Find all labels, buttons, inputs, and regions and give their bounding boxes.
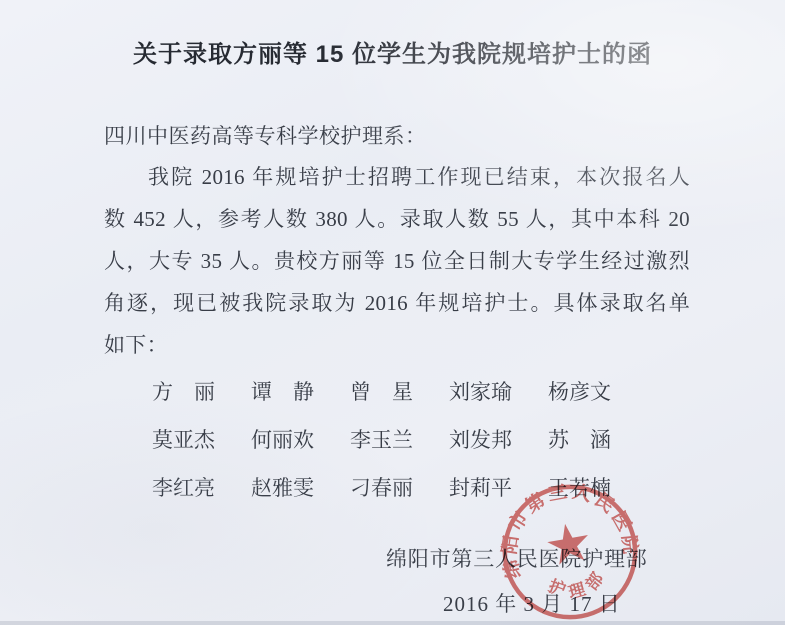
seal-ring-text: 绵阳市第三人民医院 xyxy=(496,478,643,582)
admitted-name: 曾 星 xyxy=(350,368,449,416)
admitted-name: 刁春丽 xyxy=(350,464,449,512)
names-row: 莫亚杰 何丽欢 李玉兰 刘发邦 苏 涵 xyxy=(152,416,647,464)
scanned-letter: 关于录取方丽等 15 位学生为我院规培护士的函 四川中医药高等专科学校护理系： … xyxy=(0,0,785,625)
body-line: 数 452 人，参考人数 380 人。录取人数 55 人，其中本科 20 xyxy=(104,198,690,240)
document-title: 关于录取方丽等 15 位学生为我院规培护士的函 xyxy=(0,34,785,69)
admitted-name: 谭 静 xyxy=(251,368,350,416)
admitted-name: 莫亚杰 xyxy=(152,416,251,464)
seal-star-icon xyxy=(545,520,592,566)
names-row: 方 丽 谭 静 曾 星 刘家瑜 杨彦文 xyxy=(152,368,647,416)
red-official-seal: 绵阳市第三人民医院 护理部 xyxy=(496,478,644,625)
admitted-name: 赵雅雯 xyxy=(251,464,350,512)
body-line: 如下： xyxy=(104,324,690,366)
admitted-name: 方 丽 xyxy=(152,368,251,416)
svg-text:护理部: 护理部 xyxy=(542,561,615,607)
admitted-name: 刘发邦 xyxy=(449,416,548,464)
admitted-name: 李玉兰 xyxy=(350,416,449,464)
admitted-name: 杨彦文 xyxy=(548,368,647,416)
admitted-name: 李红亮 xyxy=(152,464,251,512)
body-line: 人，大专 35 人。贵校方丽等 15 位全日制大专学生经过激烈 xyxy=(104,240,690,282)
body-line: 角逐，现已被我院录取为 2016 年规培护士。具体录取名单 xyxy=(104,282,690,324)
admitted-name: 苏 涵 xyxy=(548,416,647,464)
body-line: 我院 2016 年规培护士招聘工作现已结束，本次报名人 xyxy=(104,156,690,198)
recipient-line: 四川中医药高等专科学校护理系： xyxy=(104,120,427,150)
admitted-name: 刘家瑜 xyxy=(449,368,548,416)
body-paragraph: 我院 2016 年规培护士招聘工作现已结束，本次报名人 数 452 人，参考人数… xyxy=(104,156,690,366)
admitted-name: 何丽欢 xyxy=(251,416,350,464)
scan-edge-shadow xyxy=(0,621,785,625)
svg-text:绵阳市第三人民医院: 绵阳市第三人民医院 xyxy=(496,478,643,582)
seal-bottom-text: 护理部 xyxy=(542,561,615,607)
